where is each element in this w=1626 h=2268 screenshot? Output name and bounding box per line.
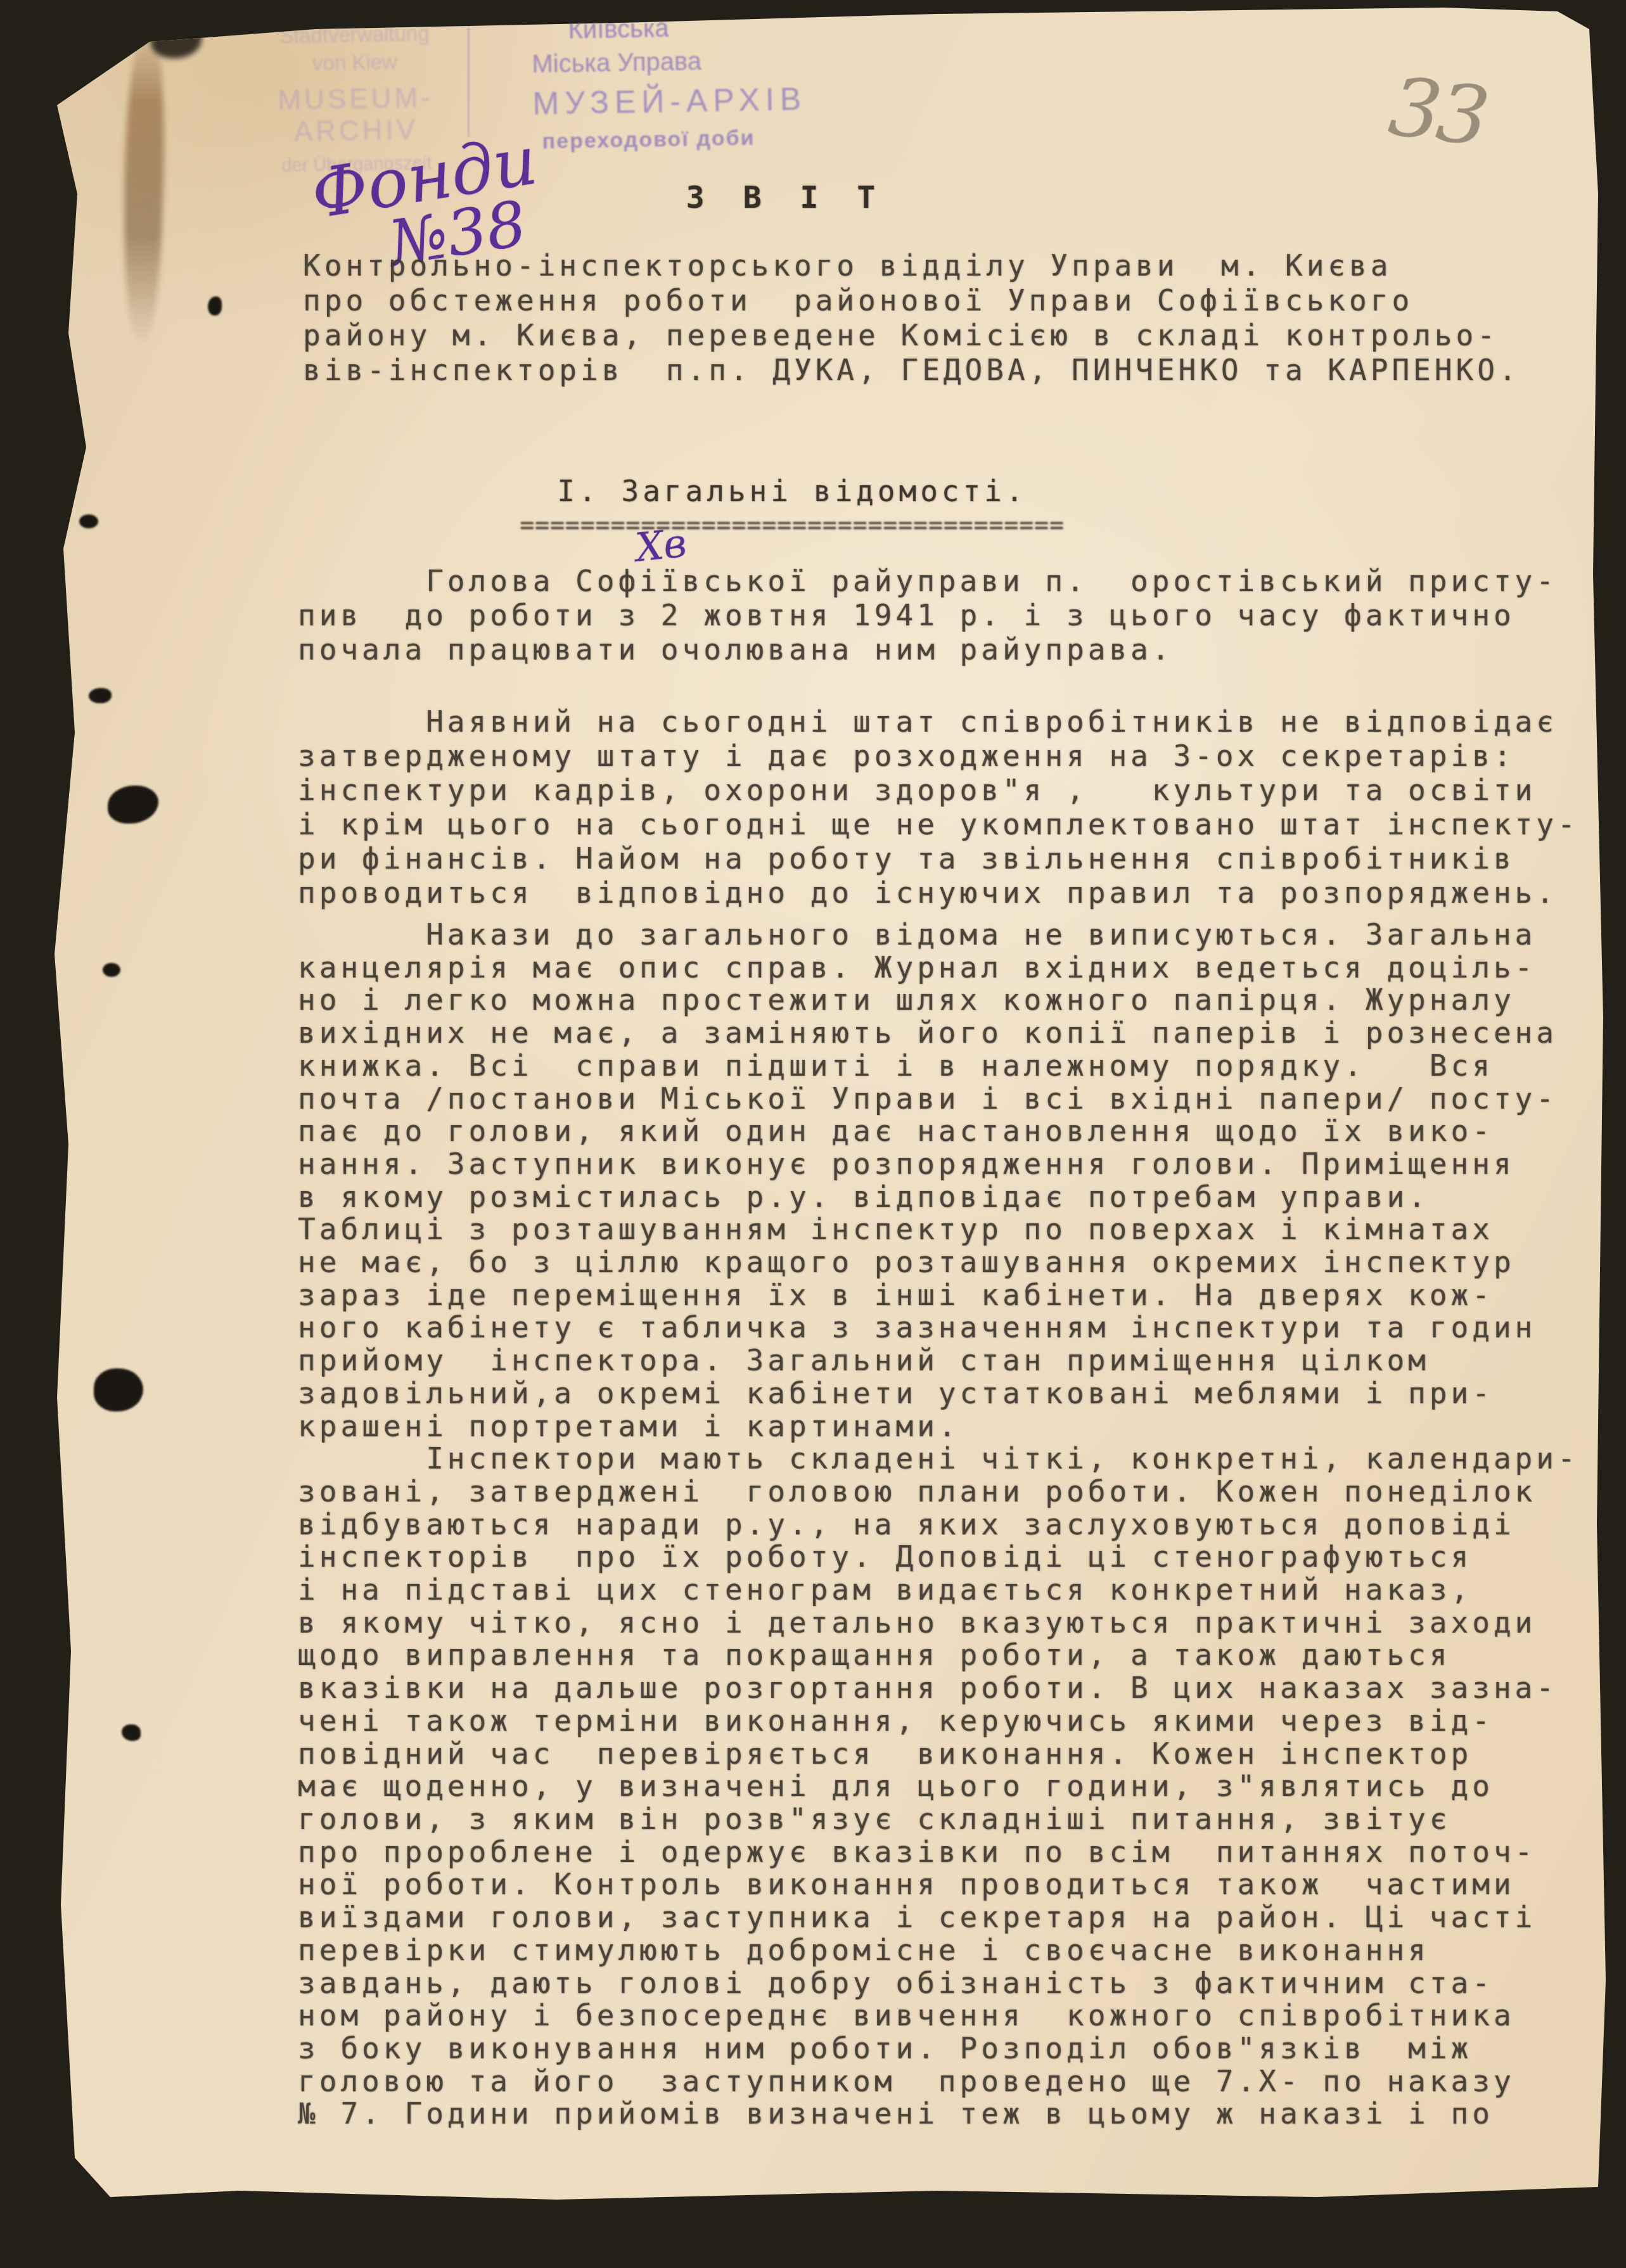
ink-spot [208,296,222,315]
stamp-line: Stadtverwaltung [218,20,491,49]
ink-spot [103,963,120,977]
pencil-page-number: 33 [1384,59,1490,164]
ink-spot [89,688,112,703]
stamp-line: Міська Управа [532,42,1014,79]
stamp-line: von Kiew [219,48,492,77]
stamp-divider-line [468,10,470,137]
ink-spot [94,1368,143,1411]
intro-paragraph: Контрольно-інспекторського відділу Управ… [303,248,1520,388]
ink-spot [122,1724,141,1741]
paper-sheet: Stadtverwaltung von Kiew MUSEUM-ARCHIV d… [49,4,1611,2212]
stamp-line: МУЗЕЙ-АРХІВ [532,77,1015,122]
paragraph-3: Накази до загального відома не виписують… [298,919,1579,1443]
ink-blot-top [151,22,202,58]
paragraph-1: Голова Софіївської райуправи п. оростівс… [298,564,1558,666]
stamp-line: переходової доби [533,121,1015,154]
document-title: З В І Т [686,180,885,215]
brown-stain [118,20,169,350]
paragraph-2: Наявний на сьогодні штат співробітників … [298,704,1579,910]
ink-spot [108,786,158,824]
ink-spot [79,514,98,528]
stamp-kyiv-city-uprava-museum-archive: Київська Міська Управа МУЗЕЙ-АРХІВ перех… [531,8,1015,154]
stamp-line: Київська [531,8,1013,45]
body-column: Накази до загального відома не виписують… [298,919,1579,2131]
section-heading: І. Загальні відомості. [557,474,1027,508]
section-heading-underline: ==================================== [520,511,1065,538]
paragraph-4: Інспектори мають складені чіткі, конкрет… [298,1443,1579,2131]
